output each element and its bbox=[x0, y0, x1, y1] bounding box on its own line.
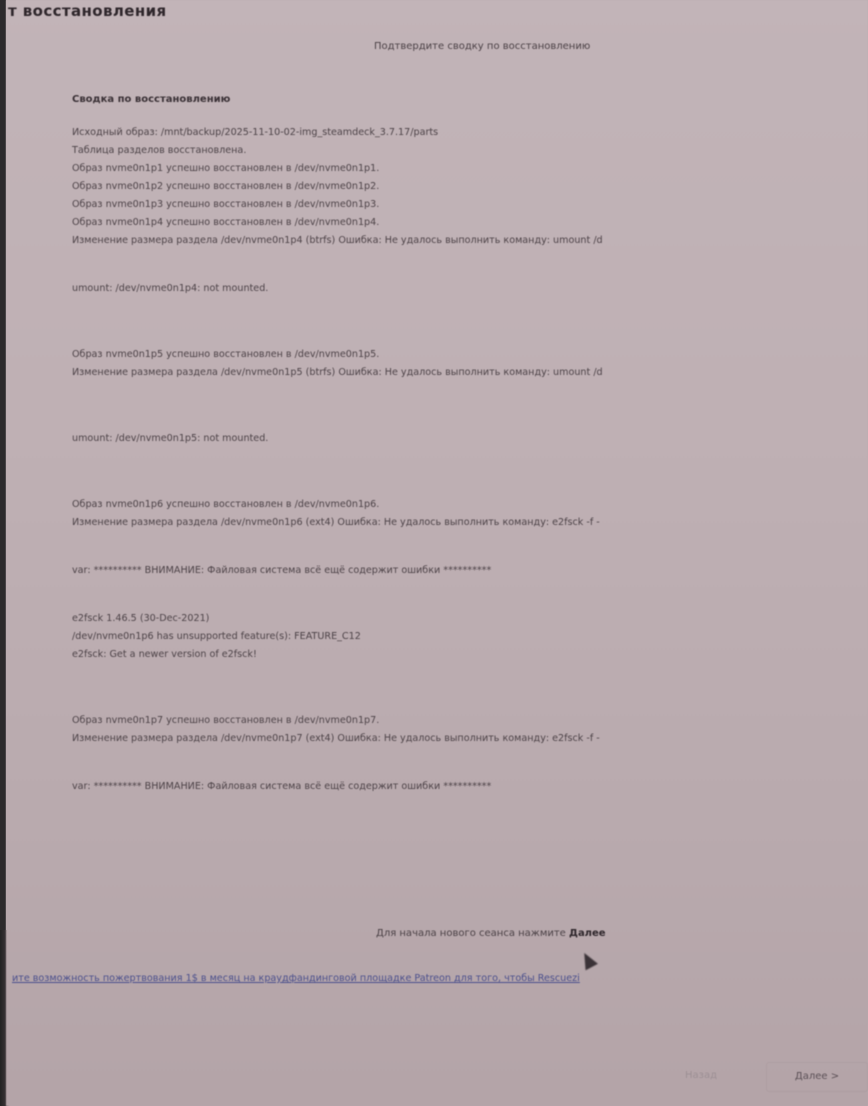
log-line: Образ nvme0n1p7 успешно восстановлен в /… bbox=[72, 712, 868, 730]
page-title: т восстановления bbox=[8, 2, 167, 20]
page-subtitle: Подтвердите сводку по восстановлению bbox=[374, 41, 590, 52]
log-line-partition-table: Таблица разделов восстановлена. bbox=[72, 142, 868, 160]
log-line-warning: var: ********** ВНИМАНИЕ: Файловая систе… bbox=[72, 562, 868, 580]
summary-heading: Сводка по восстановлению bbox=[72, 94, 230, 105]
log-line-warning: var: ********** ВНИМАНИЕ: Файловая систе… bbox=[72, 778, 868, 796]
footer-prompt-text: Для начала нового сеанса нажмите bbox=[376, 928, 566, 939]
log-line-error: Изменение размера раздела /dev/nvme0n1p7… bbox=[72, 730, 868, 748]
log-line-e2fsck: /dev/nvme0n1p6 has unsupported feature(s… bbox=[72, 628, 868, 646]
log-line-source-image: Исходный образ: /mnt/backup/2025-11-10-0… bbox=[72, 124, 868, 142]
log-line-error: Изменение размера раздела /dev/nvme0n1p5… bbox=[72, 364, 868, 382]
patreon-donation-link[interactable]: ите возможность пожертвования 1$ в месяц… bbox=[12, 973, 868, 984]
log-line-error-detail: umount: /dev/nvme0n1p5: not mounted. bbox=[72, 430, 868, 448]
log-line: Образ nvme0n1p4 успешно восстановлен в /… bbox=[72, 214, 868, 232]
log-line-error: Изменение размера раздела /dev/nvme0n1p6… bbox=[72, 514, 868, 532]
restore-summary-page: т восстановления Подтвердите сводку по в… bbox=[6, 0, 868, 1106]
back-button[interactable]: Назад bbox=[656, 1062, 746, 1090]
log-line-error: Изменение размера раздела /dev/nvme0n1p4… bbox=[72, 232, 868, 250]
summary-log: Исходный образ: /mnt/backup/2025-11-10-0… bbox=[72, 124, 868, 796]
log-line: Образ nvme0n1p1 успешно восстановлен в /… bbox=[72, 160, 868, 178]
log-line-e2fsck: e2fsck 1.46.5 (30-Dec-2021) bbox=[72, 610, 868, 628]
log-line: Образ nvme0n1p6 успешно восстановлен в /… bbox=[72, 496, 868, 514]
log-line: Образ nvme0n1p3 успешно восстановлен в /… bbox=[72, 196, 868, 214]
log-line: Образ nvme0n1p5 успешно восстановлен в /… bbox=[72, 346, 868, 364]
footer-prompt: Для начала нового сеанса нажмите Далее bbox=[376, 928, 606, 939]
log-line: Образ nvme0n1p2 успешно восстановлен в /… bbox=[72, 178, 868, 196]
footer-prompt-next: Далее bbox=[569, 928, 606, 939]
log-line-error-detail: umount: /dev/nvme0n1p4: not mounted. bbox=[72, 280, 868, 298]
next-button[interactable]: Далее > bbox=[766, 1062, 868, 1092]
log-line-e2fsck: e2fsck: Get a newer version of e2fsck! bbox=[72, 646, 868, 664]
